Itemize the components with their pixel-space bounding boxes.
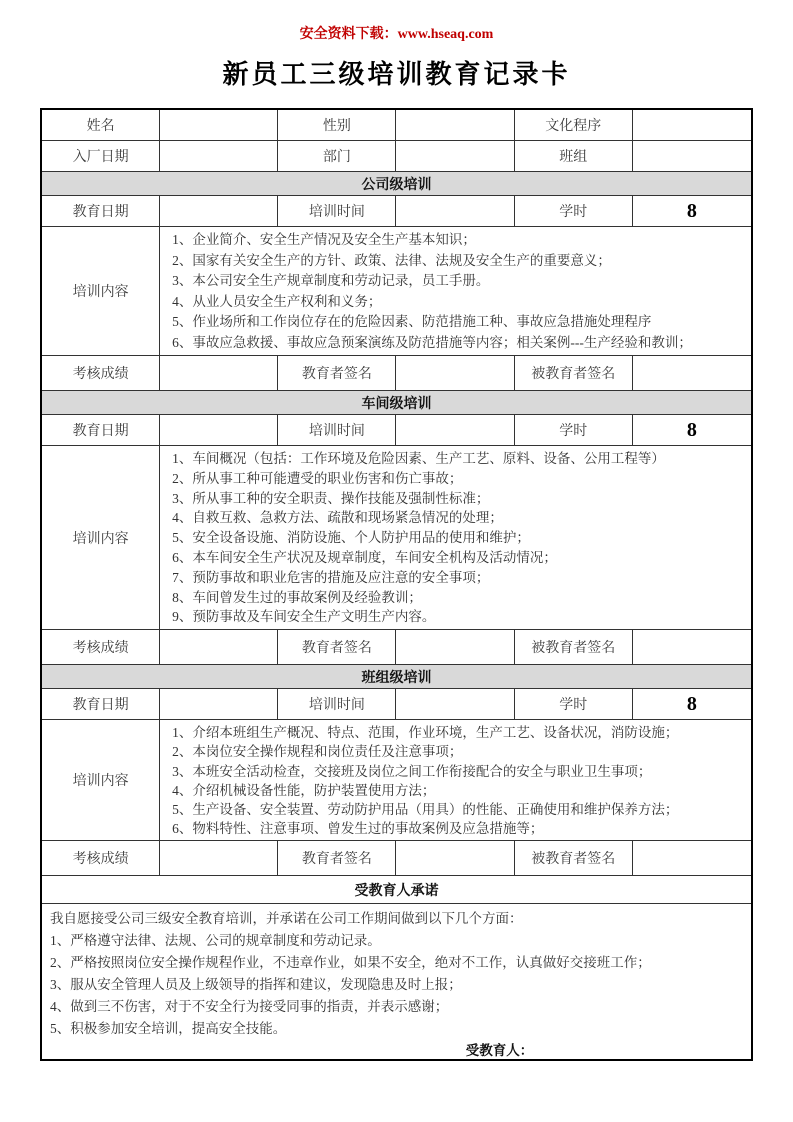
content-item: 6、事故应急救援、事故应急预案演练及防范措施等内容；相关案例---生产经验和教训… — [172, 333, 747, 354]
name-label: 姓名 — [42, 110, 160, 140]
section-company-title: 公司级培训 — [42, 172, 751, 195]
train-time-label: 培训时间 — [278, 196, 396, 226]
section-team-title: 班组级培训 — [42, 665, 751, 688]
score-label: 考核成绩 — [42, 841, 160, 875]
company-content-list: 1、企业简介、安全生产情况及安全生产基本知识； 2、国家有关安全生产的方针、政策… — [160, 227, 751, 355]
team-assess-row: 考核成绩 教育者签名 被教育者签名 — [42, 841, 751, 876]
team-content-row: 培训内容 1、介绍本班组生产概况、特点、范围，作业环境，生产工艺、设备状况，消防… — [42, 720, 751, 841]
train-time-label: 培训时间 — [278, 415, 396, 445]
section-workshop-title: 车间级培训 — [42, 391, 751, 414]
company-train-time-cell[interactable] — [396, 196, 514, 226]
company-assess-row: 考核成绩 教育者签名 被教育者签名 — [42, 356, 751, 391]
commitment-item: 5、积极参加安全培训，提高安全技能。 — [50, 1018, 743, 1040]
commitment-item: 3、服从安全管理人员及上级领导的指挥和建议，发现隐患及时上报； — [50, 974, 743, 996]
content-item: 3、本班安全活动检查，交接班及岗位之间工作衔接配合的安全与职业卫生事项； — [172, 762, 747, 781]
gender-label: 性别 — [278, 110, 396, 140]
workshop-educator-sign-cell[interactable] — [396, 630, 514, 664]
edu-date-label: 教育日期 — [42, 196, 160, 226]
workshop-assess-row: 考核成绩 教育者签名 被教育者签名 — [42, 630, 751, 665]
company-educator-sign-cell[interactable] — [396, 356, 514, 390]
workshop-trainee-sign-cell[interactable] — [633, 630, 751, 664]
gender-value-cell[interactable] — [396, 110, 514, 140]
watermark-link[interactable]: 安全资料下载：www.hseaq.com — [40, 26, 753, 44]
workshop-hours-value: 8 — [633, 415, 751, 445]
training-record-table: 姓名 性别 文化程序 入厂日期 部门 班组 公司级培训 教育日期 培训时间 学时… — [40, 108, 753, 1061]
content-item: 6、物料特性、注意事项、曾发生过的事故案例及应急措施等； — [172, 819, 747, 838]
content-item: 5、作业场所和工作岗位存在的危险因素、防范措施工种、事故应急措施处理程序 — [172, 312, 747, 333]
workshop-content-row: 培训内容 1、车间概况（包括：工作环境及危险因素、生产工艺、原料、设备、公用工程… — [42, 446, 751, 630]
score-label: 考核成绩 — [42, 630, 160, 664]
workshop-train-time-cell[interactable] — [396, 415, 514, 445]
commitment-item: 1、严格遵守法律、法规、公司的规章制度和劳动记录。 — [50, 930, 743, 952]
content-item: 4、从业人员安全生产权利和义务； — [172, 292, 747, 313]
content-item: 8、车间曾发生过的事故案例及经验教训； — [172, 588, 747, 608]
team-hours-value: 8 — [633, 689, 751, 719]
page-title: 新员工三级培训教育记录卡 — [40, 54, 753, 91]
score-label: 考核成绩 — [42, 356, 160, 390]
train-time-label: 培训时间 — [278, 689, 396, 719]
team-value-cell[interactable] — [633, 141, 751, 171]
educator-sign-label: 教育者签名 — [278, 630, 396, 664]
content-item: 5、生产设备、安全装置、劳动防护用品（用具）的性能、正确使用和维护保养方法； — [172, 800, 747, 819]
hours-label: 学时 — [515, 415, 633, 445]
department-value-cell[interactable] — [396, 141, 514, 171]
content-item: 2、国家有关安全生产的方针、政策、法律、法规及安全生产的重要意义； — [172, 251, 747, 272]
trainee-sign-label: 被教育者签名 — [515, 630, 633, 664]
content-item: 4、自救互救、急救方法、疏散和现场紧急情况的处理； — [172, 508, 747, 528]
department-label: 部门 — [278, 141, 396, 171]
workshop-date-row: 教育日期 培训时间 学时 8 — [42, 415, 751, 446]
content-label: 培训内容 — [42, 227, 160, 355]
company-edu-date-cell[interactable] — [160, 196, 278, 226]
educator-sign-label: 教育者签名 — [278, 841, 396, 875]
document-page: 安全资料下载：www.hseaq.com 新员工三级培训教育记录卡 姓名 性别 … — [0, 0, 793, 1061]
workshop-edu-date-cell[interactable] — [160, 415, 278, 445]
team-edu-date-cell[interactable] — [160, 689, 278, 719]
company-date-row: 教育日期 培训时间 学时 8 — [42, 196, 751, 227]
commitment-body-row: 我自愿接受公司三级安全教育培训，并承诺在公司工作期间做到以下几个方面： 1、严格… — [42, 904, 751, 1059]
company-hours-value: 8 — [633, 196, 751, 226]
commitment-header: 受教育人承诺 — [42, 876, 751, 903]
company-score-cell[interactable] — [160, 356, 278, 390]
team-score-cell[interactable] — [160, 841, 278, 875]
educator-sign-label: 教育者签名 — [278, 356, 396, 390]
education-label: 文化程序 — [515, 110, 633, 140]
company-trainee-sign-cell[interactable] — [633, 356, 751, 390]
trainee-sign-label: 被教育者签名 — [515, 841, 633, 875]
commitment-item: 4、做到三不伤害，对于不安全行为接受同事的指责，并表示感谢； — [50, 996, 743, 1018]
edu-date-label: 教育日期 — [42, 689, 160, 719]
content-item: 9、预防事故及车间安全生产文明生产内容。 — [172, 607, 747, 627]
commitment-header-row: 受教育人承诺 — [42, 876, 751, 904]
workshop-score-cell[interactable] — [160, 630, 278, 664]
team-trainee-sign-cell[interactable] — [633, 841, 751, 875]
content-item: 4、介绍机械设备性能，防护装置使用方法； — [172, 781, 747, 800]
team-date-row: 教育日期 培训时间 学时 8 — [42, 689, 751, 720]
hours-label: 学时 — [515, 196, 633, 226]
company-content-row: 培训内容 1、企业简介、安全生产情况及安全生产基本知识； 2、国家有关安全生产的… — [42, 227, 751, 356]
content-item: 6、本车间安全生产状况及规章制度，车间安全机构及活动情况； — [172, 548, 747, 568]
info-row-2: 入厂日期 部门 班组 — [42, 141, 751, 172]
content-label: 培训内容 — [42, 720, 160, 840]
team-label: 班组 — [515, 141, 633, 171]
content-item: 2、所从事工种可能遭受的职业伤害和伤亡事故； — [172, 469, 747, 489]
education-value-cell[interactable] — [633, 110, 751, 140]
commitment-item: 2、严格按照岗位安全操作规程作业，不违章作业，如果不安全，绝对不工作，认真做好交… — [50, 952, 743, 974]
trainee-signature-label[interactable]: 受教育人： — [50, 1040, 743, 1059]
trainee-sign-label: 被教育者签名 — [515, 356, 633, 390]
content-item: 1、车间概况（包括：工作环境及危险因素、生产工艺、原料、设备、公用工程等） — [172, 449, 747, 469]
name-value-cell[interactable] — [160, 110, 278, 140]
edu-date-label: 教育日期 — [42, 415, 160, 445]
content-item: 1、介绍本班组生产概况、特点、范围，作业环境，生产工艺、设备状况，消防设施； — [172, 723, 747, 742]
hours-label: 学时 — [515, 689, 633, 719]
section-company-header: 公司级培训 — [42, 172, 751, 196]
commitment-intro: 我自愿接受公司三级安全教育培训，并承诺在公司工作期间做到以下几个方面： — [50, 908, 743, 930]
content-item: 3、本公司安全生产规章制度和劳动记录，员工手册。 — [172, 271, 747, 292]
team-educator-sign-cell[interactable] — [396, 841, 514, 875]
entry-date-label: 入厂日期 — [42, 141, 160, 171]
content-label: 培训内容 — [42, 446, 160, 629]
content-item: 5、安全设备设施、消防设施、个人防护用品的使用和维护； — [172, 528, 747, 548]
content-item: 7、预防事故和职业危害的措施及应注意的安全事项； — [172, 568, 747, 588]
content-item: 1、企业简介、安全生产情况及安全生产基本知识； — [172, 230, 747, 251]
section-workshop-header: 车间级培训 — [42, 391, 751, 415]
workshop-content-list: 1、车间概况（包括：工作环境及危险因素、生产工艺、原料、设备、公用工程等） 2、… — [160, 446, 751, 629]
section-team-header: 班组级培训 — [42, 665, 751, 689]
info-row-1: 姓名 性别 文化程序 — [42, 110, 751, 141]
content-item: 2、本岗位安全操作规程和岗位责任及注意事项； — [172, 742, 747, 761]
content-item: 3、所从事工种的安全职责、操作技能及强制性标准； — [172, 489, 747, 509]
team-content-list: 1、介绍本班组生产概况、特点、范围，作业环境，生产工艺、设备状况，消防设施； 2… — [160, 720, 751, 840]
team-train-time-cell[interactable] — [396, 689, 514, 719]
entry-date-value-cell[interactable] — [160, 141, 278, 171]
commitment-body: 我自愿接受公司三级安全教育培训，并承诺在公司工作期间做到以下几个方面： 1、严格… — [42, 904, 751, 1059]
